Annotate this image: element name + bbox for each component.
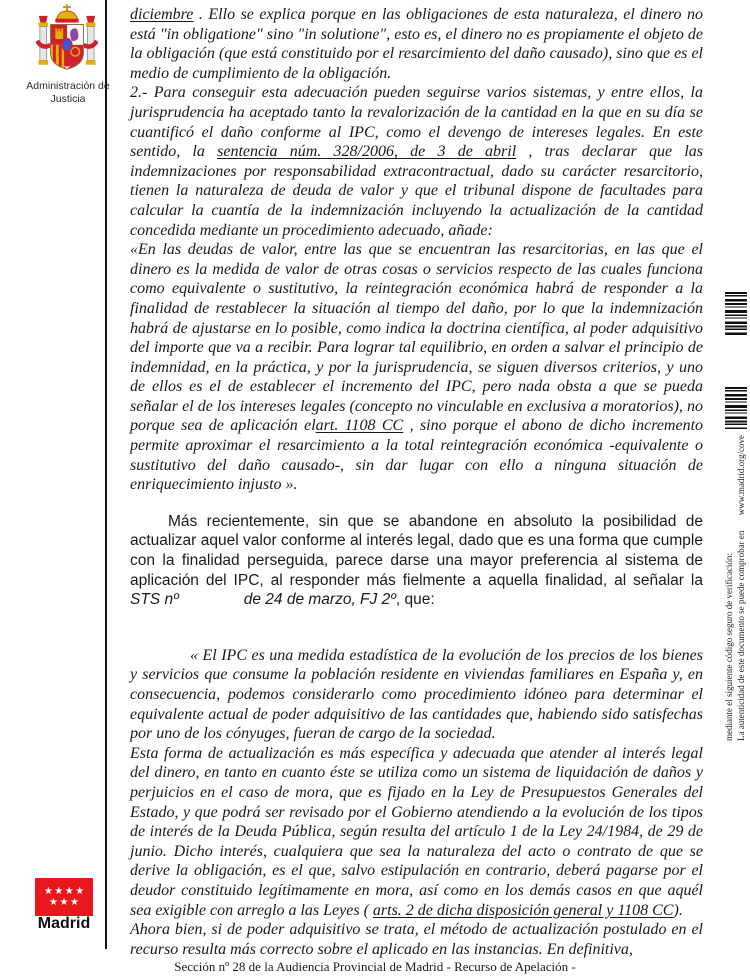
text-run: de 24 de marzo, FJ 2º [244, 591, 396, 608]
text-run: art. 1108 CC [316, 417, 404, 434]
verification-text-line1: La autenticidad de este documento se pue… [735, 435, 747, 741]
text-run: ). [673, 902, 682, 919]
administracion-de-justicia-label: Administración de Justicia [17, 80, 119, 106]
verification-sentence: La autenticidad de este documento se pue… [735, 531, 747, 741]
text-run: , que: [396, 591, 435, 608]
paragraph-mas-recientemente: Más recientemente, sin que se abandone e… [130, 512, 703, 610]
text-run: . Ello se explica porque en las obligaci… [130, 6, 703, 82]
verification-text-line2: mediante el siguiente código seguro de v… [723, 435, 735, 741]
document-body: diciembre . Ello se explica porque en la… [130, 5, 703, 959]
text-run: Esta forma de actualización es más espec… [130, 745, 703, 919]
document-page: { "header": { "org_label": "Administraci… [0, 0, 750, 978]
madrid-stars-row1: ★★★★ [42, 886, 85, 897]
paragraph-quote-ahora-bien: Ahora bien, si de poder adquisitivo se t… [130, 920, 703, 959]
text-run: «En las deudas de valor, entre las que s… [130, 241, 703, 434]
paragraph-quote-deudas-de-valor: «En las deudas de valor, entre las que s… [130, 240, 703, 495]
paragraph-sistemas: 2.- Para conseguir esta adecuación puede… [130, 83, 703, 240]
spain-coat-of-arms-icon [36, 4, 98, 78]
barcode [725, 387, 747, 429]
verification-url: www.madrid.org/cove [735, 435, 747, 515]
madrid-stars-row2: ★★★ [48, 897, 81, 908]
footer-caption: Sección nº 28 de la Audiencia Provincial… [0, 959, 750, 975]
madrid-flag-logo: ★★★★ ★★★ [35, 878, 93, 916]
text-run: Ahora bien, si de poder adquisitivo se t… [130, 921, 703, 958]
left-margin-rule [105, 0, 107, 949]
paragraph-diciembre: diciembre . Ello se explica porque en la… [130, 5, 703, 83]
text-run: arts. 2 de dicha disposición general y 1… [373, 902, 674, 919]
text-run: « El IPC es una medida estadística de la… [130, 647, 703, 742]
madrid-logo-label: Madrid [30, 915, 98, 933]
text-run: diciembre [130, 6, 193, 23]
paragraph-quote-ipc: « El IPC es una medida estadística de la… [130, 646, 703, 744]
paragraph-quote-esta-forma: Esta forma de actualización es más espec… [130, 744, 703, 920]
barcode [725, 292, 747, 335]
text-run: sentencia núm. 328/2006, de 3 de abril [217, 143, 516, 160]
text-run: Más recientemente, sin que se abandone e… [130, 513, 703, 589]
text-run: STS nº [130, 591, 179, 608]
